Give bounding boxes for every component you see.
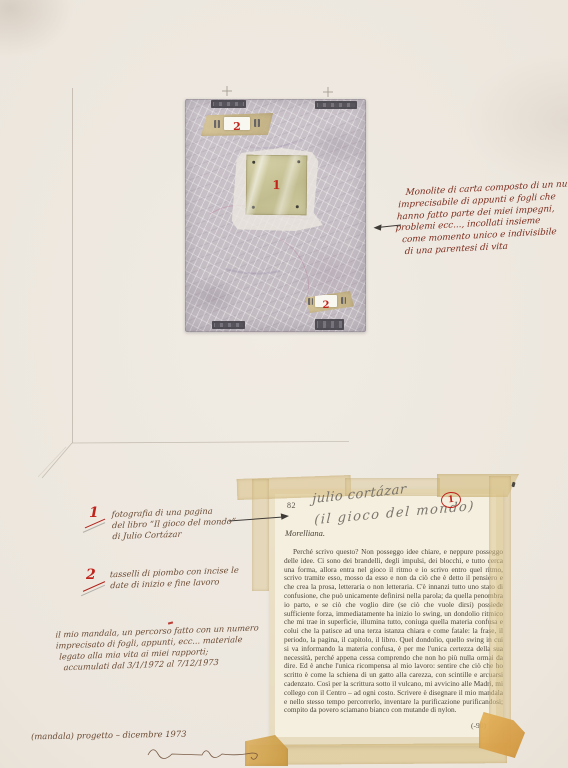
marker-2-top: 2 [233, 120, 241, 133]
annotation-1-number: 1 [89, 506, 99, 520]
signature [148, 750, 257, 760]
page-heading: Morelliana. [285, 528, 325, 538]
tape-label-bottom: 2 [305, 291, 354, 313]
page-paper: 82 Morelliana. Perché scrivo questo? Non… [275, 494, 496, 737]
marker-2-bottom: 2 [323, 300, 330, 311]
annotation-2-number: 2 [86, 568, 96, 582]
stamp-mark [214, 120, 220, 128]
corner-pin [252, 206, 255, 209]
photo-collage: 2 1 2 [185, 99, 366, 332]
label-chip: 2 [315, 295, 337, 307]
small-red-tick [168, 621, 173, 624]
annotation-1-text: fotografia di una pagina del libro “Il g… [111, 505, 236, 543]
annotation-2-text: tasselli di piombo con incise le date di… [110, 565, 240, 592]
tape-strip-right [489, 476, 511, 748]
title-caption: (mandala) progetto – dicembre 1973 [31, 729, 187, 742]
stamp-mark [308, 298, 313, 305]
small-pen-mark [511, 482, 515, 488]
page-body: Perché scrivo questo? Non posseggo idee … [284, 548, 503, 715]
stamp-mark [341, 297, 346, 304]
printed-page: 82 Morelliana. Perché scrivo questo? Non… [270, 489, 503, 746]
lead-block-bottom-left [212, 321, 245, 329]
materials-note: il mio mandala, un percorso fatto con un… [55, 622, 260, 673]
page-number: 82 [287, 501, 296, 510]
corner-pin [297, 160, 300, 163]
stamp-mark [254, 119, 260, 127]
lead-block-top-left [211, 100, 246, 108]
lead-block-bottom-right [315, 319, 344, 330]
artwork-scan: { "colors": { "red_ink": "#c0231b", "dar… [0, 0, 568, 768]
corner-pin [296, 205, 299, 208]
annotation-line: di Julio Cortázar [112, 527, 237, 543]
tape-label-top: 2 [201, 113, 273, 136]
lead-block-top-right [315, 101, 357, 109]
red-ink-note: Monolite di carta composto di un numero … [391, 179, 568, 259]
center-panel: 1 [246, 155, 308, 216]
marker-1: 1 [246, 179, 307, 192]
tape-strip-left [252, 479, 269, 591]
label-chip: 2 [224, 117, 250, 130]
registration-marks [222, 86, 333, 97]
corner-pin [252, 161, 255, 164]
